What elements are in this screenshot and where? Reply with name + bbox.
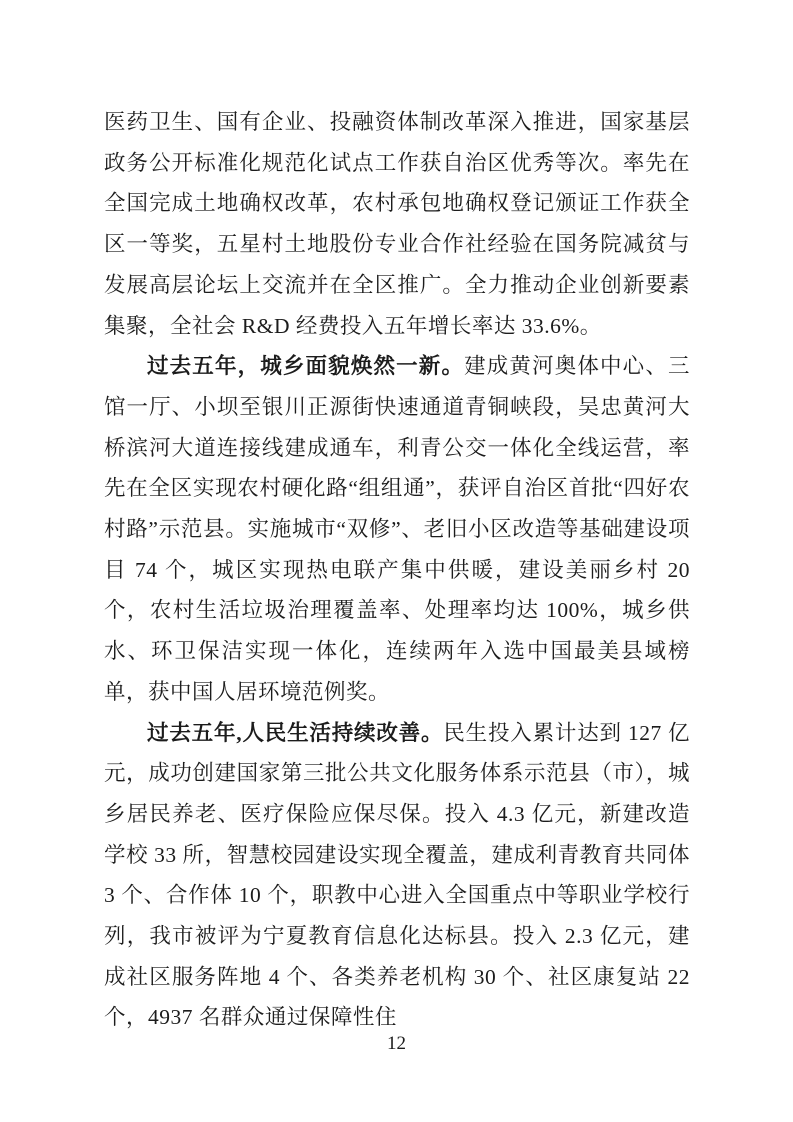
paragraph-lead: 过去五年,人民生活持续改善。 — [147, 721, 443, 745]
paragraph-text: 医药卫生、国有企业、投融资体制改革深入推进，国家基层政务公开标准化规范化试点工作… — [104, 110, 690, 338]
document-page: 医药卫生、国有企业、投融资体制改革深入推进，国家基层政务公开标准化规范化试点工作… — [0, 0, 793, 1122]
paragraph: 过去五年，城乡面貌焕然一新。建成黄河奥体中心、三馆一厅、小坝至银川正源街快速通道… — [104, 346, 690, 712]
document-body: 医药卫生、国有企业、投融资体制改革深入推进，国家基层政务公开标准化规范化试点工作… — [104, 102, 690, 1038]
paragraph-lead: 过去五年，城乡面貌焕然一新。 — [147, 354, 464, 378]
page-footer: 12 — [0, 1030, 793, 1058]
page-number: 12 — [387, 1033, 406, 1054]
paragraph-text: 民生投入累计达到 127 亿元，成功创建国家第三批公共文化服务体系示范县（市），… — [104, 721, 690, 1030]
paragraph: 医药卫生、国有企业、投融资体制改革深入推进，国家基层政务公开标准化规范化试点工作… — [104, 102, 690, 346]
paragraph: 过去五年,人民生活持续改善。民生投入累计达到 127 亿元，成功创建国家第三批公… — [104, 713, 690, 1039]
paragraph-text: 建成黄河奥体中心、三馆一厅、小坝至银川正源街快速通道青铜峡段，吴忠黄河大桥滨河大… — [104, 354, 690, 704]
